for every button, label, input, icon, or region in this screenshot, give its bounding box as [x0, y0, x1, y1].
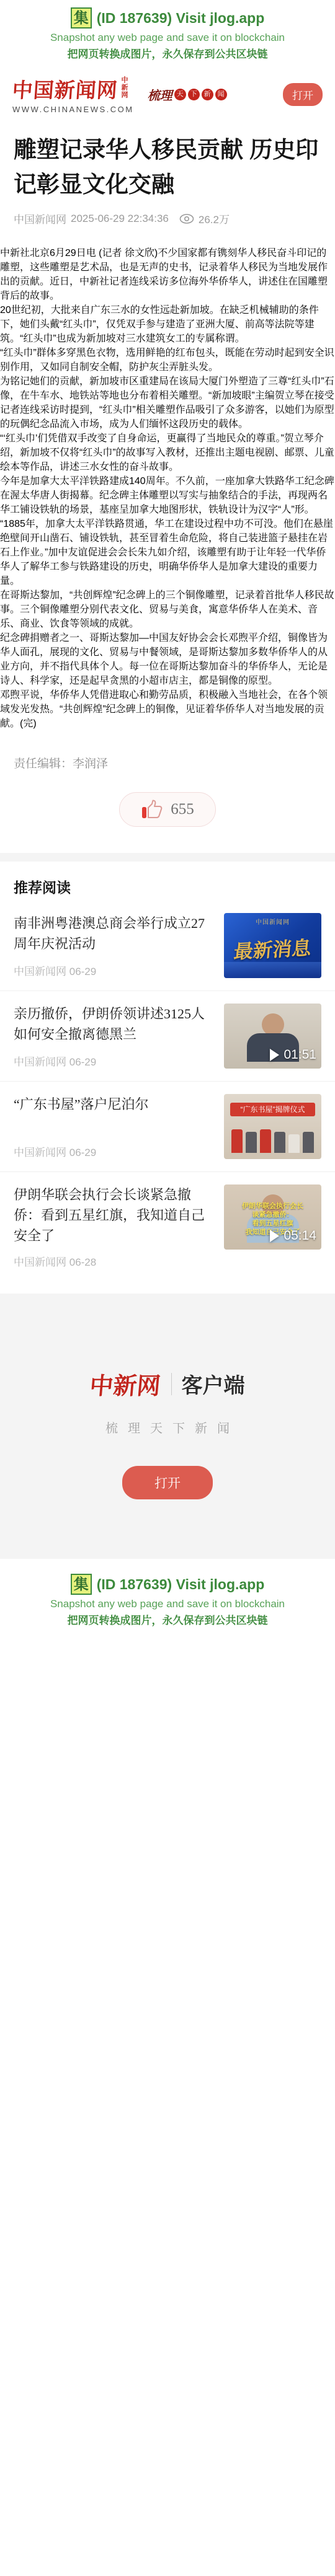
thumbnail-logo-text: 中国新闻网	[224, 917, 321, 926]
recommend-item-date: 06-29	[69, 1056, 96, 1068]
app-promo-footer: 中新网 客户端 梳理天下新闻 打开	[0, 1294, 335, 1559]
article-paragraph: “‘红头巾’们凭借双手改变了自身命运，更赢得了当地民众的尊重。”贺立琴介绍，新加…	[0, 430, 335, 473]
article-paragraph: 为铭记她们的贡献，新加坡市区重建局在该局大厦门外塑造了三尊“红头巾”石像，在牛车…	[0, 373, 335, 430]
recommend-item[interactable]: 伊朗华联会执行会长谈紧急撤侨：看到五星红旗，我知道自己安全了 中国新闻网 06-…	[0, 1172, 335, 1281]
snapshot-slogan-zh: 把网页转换成图片，永久保存到公共区块链	[0, 1612, 335, 1627]
recommend-section: 推荐阅读 南非洲粤港澳总商会举行成立27周年庆祝活动 中国新闻网 06-29 中…	[0, 862, 335, 1281]
group-photo-figures	[231, 1128, 314, 1153]
recommend-item-date: 06-28	[69, 1256, 96, 1268]
slogan-seal-1: 天	[174, 89, 186, 100]
video-duration: 05:14	[284, 1228, 316, 1243]
article-time: 2025-06-29 22:34:36	[71, 213, 169, 225]
article-paragraph: “红头巾”群体多穿黑色衣物，选用鲜艳的红布包头，既能在劳动时起到安全识别作用，又…	[0, 345, 335, 373]
slogan-logo: 梳理 天 下 新 闻	[148, 86, 227, 104]
article-title: 雕塑记录华人移民贡献 历史印记彰显文化交融	[0, 133, 335, 202]
recommend-item-thumbnail[interactable]: 中国新闻网 最新消息	[224, 913, 321, 978]
thumbnail-headline-text: 最新消息	[224, 932, 321, 964]
person-figure	[262, 1013, 284, 1036]
snapshot-slogan-zh: 把网页转换成图片，永久保存到公共区块链	[0, 45, 335, 61]
recommend-item-date: 06-29	[69, 966, 96, 977]
article-source: 中国新闻网	[14, 211, 66, 226]
article-byline: 中国新闻网 2025-06-29 22:34:36 26.2万	[0, 211, 335, 226]
recommend-item-source: 中国新闻网	[14, 1256, 66, 1268]
footer-app-label: 客户端	[182, 1369, 245, 1399]
thumbs-up-icon	[141, 799, 163, 820]
recommend-item-video-thumbnail[interactable]: 伊朗华联会执行会长 谈紧急撤侨： 看到五星红旗 我知道自己安全了 05:14	[224, 1184, 321, 1250]
slogan-seal-3: 新	[202, 89, 213, 100]
jlog-logo-icon: 集	[71, 7, 92, 29]
slogan-prefix: 梳理	[148, 86, 172, 104]
footer-open-app-button[interactable]: 打开	[122, 1466, 213, 1499]
play-icon	[270, 1230, 279, 1242]
article-paragraph: 邓煦平说，华侨华人凭借进取心和勤劳品质，积极融入当地社会，在各个领域发光发热。“…	[0, 687, 335, 730]
recommend-item-source: 中国新闻网	[14, 1147, 66, 1158]
snapshot-banner-top: 集 (ID 187639) Visit jlog.app Snapshot an…	[0, 0, 335, 67]
like-button[interactable]: 655	[119, 792, 216, 827]
open-app-button[interactable]: 打开	[283, 83, 323, 106]
editor-line: 责任编辑：李润泽	[14, 754, 321, 771]
article-paragraph: 20世纪初，大批来自广东三水的女性远赴新加坡。在缺乏机械辅助的条件下，她们头戴“…	[0, 302, 335, 345]
thumbnail-reflection	[224, 962, 321, 978]
recommend-item-video-thumbnail[interactable]: 01:51	[224, 1003, 321, 1069]
footer-tagline: 梳理天下新闻	[0, 1418, 335, 1436]
recommend-item[interactable]: 亲历撤侨，伊朗侨领讲述3125人如何安全撤离德黑兰 中国新闻网 06-29 01…	[0, 991, 335, 1082]
slogan-seal-4: 闻	[215, 89, 227, 100]
snapshot-id-link[interactable]: (ID 187639) Visit jlog.app	[97, 1576, 265, 1593]
recommend-item-title: 亲历撤侨，伊朗侨领讲述3125人如何安全撤离德黑兰	[14, 1003, 214, 1044]
recommend-item-source: 中国新闻网	[14, 966, 66, 977]
snapshot-slogan-en: Snapshot any web page and save it on blo…	[0, 32, 335, 44]
recommend-heading: 推荐阅读	[0, 876, 335, 901]
snapshot-id-link[interactable]: (ID 187639) Visit jlog.app	[97, 10, 265, 27]
chinanews-logo-text: 中国新闻网	[11, 74, 118, 104]
article-paragraph: 纪念碑捐赠者之一、哥斯达黎加—中国友好协会会长邓煦平介绍，铜像皆为华人面孔，展现…	[0, 630, 335, 687]
recommend-item-title: “广东书屋”落户尼泊尔	[14, 1094, 214, 1114]
article: 雕塑记录华人移民贡献 历史印记彰显文化交融 中国新闻网 2025-06-29 2…	[0, 133, 335, 827]
recommend-item[interactable]: “广东书屋”落户尼泊尔 中国新闻网 06-29 “广东书屋”揭牌仪式	[0, 1082, 335, 1172]
recommend-item-date: 06-29	[69, 1147, 96, 1158]
chinanews-logo[interactable]: 中国新闻网 中新网 WWW.CHINANEWS.COM	[12, 74, 134, 114]
article-paragraph: 在哥斯达黎加，“共创辉煌”纪念碑上的三个铜像雕塑，记录着首批华人移民故事。三个铜…	[0, 587, 335, 630]
article-paragraph: 中新社北京6月29日电 (记者 徐文欣)不少国家都有镌刻华人移民奋斗印记的雕塑，…	[0, 245, 335, 302]
recommend-item-thumbnail[interactable]: “广东书屋”揭牌仪式	[224, 1094, 321, 1159]
recommend-item-title: 南非洲粤港澳总商会举行成立27周年庆祝活动	[14, 913, 214, 954]
article-paragraph: “1885年，加拿大太平洋铁路贯通，华工在建设过程中功不可没。他们在悬崖绝壁间开…	[0, 516, 335, 587]
snapshot-slogan-en: Snapshot any web page and save it on blo…	[0, 1598, 335, 1610]
article-paragraph: 今年是加拿大太平洋铁路建成140周年。不久前，一座加拿大铁路华工纪念碑在渥太华唐…	[0, 473, 335, 516]
video-duration: 01:51	[284, 1048, 316, 1062]
play-icon	[270, 1049, 279, 1061]
section-divider	[0, 853, 335, 862]
recommend-item-source: 中国新闻网	[14, 1056, 66, 1068]
snapshot-banner-bottom: 集 (ID 187639) Visit jlog.app Snapshot an…	[0, 1559, 335, 1644]
site-header: 中国新闻网 中新网 WWW.CHINANEWS.COM 梳理 天 下 新 闻 打…	[0, 67, 335, 124]
chinanews-footer-logo: 中新网	[89, 1367, 163, 1401]
jlog-logo-icon: 集	[71, 1574, 92, 1595]
article-views: 26.2万	[199, 211, 230, 226]
footer-logo-divider	[171, 1373, 172, 1395]
slogan-seal-2: 下	[188, 89, 200, 100]
chinanews-url: WWW.CHINANEWS.COM	[12, 105, 134, 114]
recommend-item[interactable]: 南非洲粤港澳总商会举行成立27周年庆祝活动 中国新闻网 06-29 中国新闻网 …	[0, 901, 335, 991]
recommend-item-title: 伊朗华联会执行会长谈紧急撤侨：看到五星红旗，我知道自己安全了	[14, 1184, 214, 1246]
chinanews-logo-side-text: 中新网	[120, 74, 128, 99]
like-count: 655	[171, 801, 194, 818]
views-eye-icon	[179, 214, 194, 224]
thumbnail-banner-text: “广东书屋”揭牌仪式	[230, 1103, 315, 1116]
